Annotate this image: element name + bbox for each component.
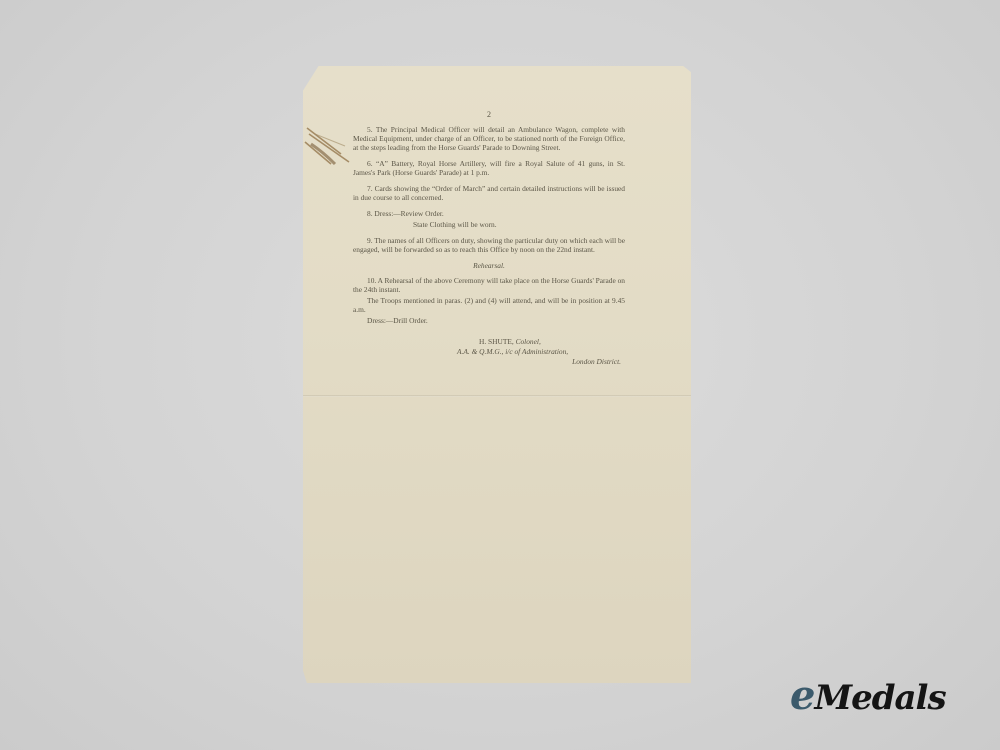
drill-dress-line: Dress:—Drill Order. (353, 316, 625, 325)
signatory-rank: Colonel, (516, 337, 541, 346)
logo-e: e (790, 672, 814, 719)
signatory-name: H. SHUTE, (479, 337, 514, 346)
paragraph-6: 6. “A” Battery, Royal Horse Artillery, w… (353, 159, 625, 177)
logo-medals: Medals (814, 678, 945, 718)
clothing-line: State Clothing will be worn. (353, 220, 625, 229)
document-text: 2 5. The Principal Medical Officer will … (353, 110, 625, 367)
signature-block: H. SHUTE, Colonel, A.A. & Q.M.G., i/c of… (353, 337, 625, 367)
fold-crease (303, 395, 691, 397)
stain-mark (301, 124, 356, 169)
paragraph-8: 8. Dress:—Review Order. State Clothing w… (353, 209, 625, 229)
paragraph-7: 7. Cards showing the “Order of March” an… (353, 184, 625, 202)
paragraph-5: 5. The Principal Medical Officer will de… (353, 125, 625, 152)
signatory-district: London District. (353, 357, 625, 367)
paragraph-10: 10. A Rehearsal of the above Ceremony wi… (353, 276, 625, 294)
document-page: 2 5. The Principal Medical Officer will … (303, 66, 691, 683)
rehearsal-heading: Rehearsal. (353, 261, 625, 270)
troops-paragraph: The Troops mentioned in paras. (2) and (… (353, 296, 625, 314)
paragraph-9: 9. The names of all Officers on duty, sh… (353, 236, 625, 254)
signatory-role: A.A. & Q.M.G., i/c of Administration, (353, 347, 625, 357)
dress-line: 8. Dress:—Review Order. (353, 209, 625, 218)
emedals-logo: eMedals (790, 672, 946, 719)
page-number: 2 (353, 110, 625, 119)
